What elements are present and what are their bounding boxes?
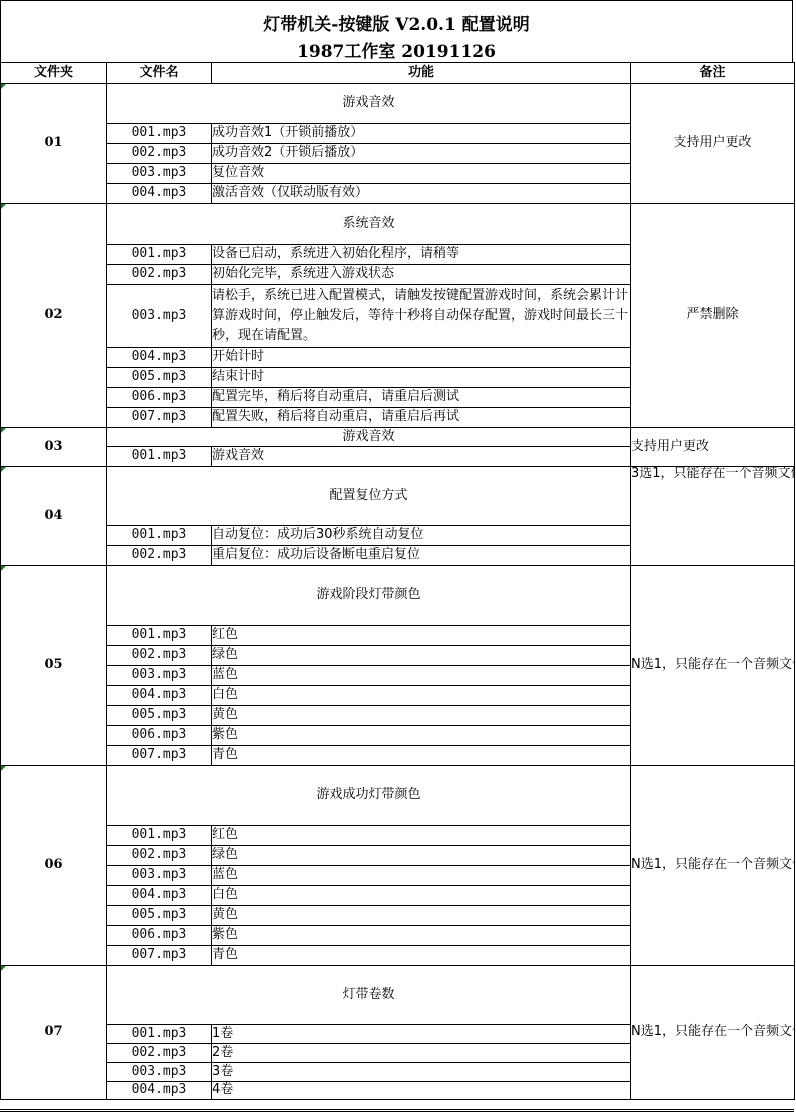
folder-label: 01 [44,135,62,150]
function-cell[interactable]: 3卷 [212,1063,631,1082]
comment-marker-icon [1,84,6,89]
section-header-row: 01游戏音效支持用户更改 [1,84,795,124]
folder-cell[interactable]: 02 [1,204,107,428]
comment-marker-icon [1,766,6,771]
filename-cell[interactable]: 005.mp3 [107,906,212,926]
spreadsheet: 灯带机关-按键版 V2.0.1 配置说明 1987工作室 20191126 文件… [0,0,796,1113]
function-cell[interactable]: 紫色 [212,926,631,946]
filename-cell[interactable]: 001.mp3 [107,826,212,846]
function-cell[interactable]: 成功音效1（开锁前播放） [212,124,631,144]
document-subtitle: 1987工作室 20191126 [1,37,792,62]
section-title-cell[interactable]: 系统音效 [107,204,631,245]
section-title-cell[interactable]: 游戏阶段灯带颜色 [107,566,631,626]
folder-cell[interactable]: 03 [1,428,107,467]
filename-cell[interactable]: 004.mp3 [107,348,212,368]
section-header-row: 05游戏阶段灯带颜色N选1，只能存在一个音频文件，如希望游戏阶段的灯带颜色为青色… [1,566,795,626]
filename-cell[interactable]: 002.mp3 [107,265,212,285]
filename-cell[interactable]: 004.mp3 [107,686,212,706]
column-header-function[interactable]: 功能 [212,63,631,84]
function-cell[interactable]: 青色 [212,946,631,966]
notes-text: 3选1，只能存在一个音频文件，如希望的复位方式是重启复位，那么把该文件夹下的音频… [631,467,794,565]
filename-cell[interactable]: 004.mp3 [107,1082,212,1100]
config-table: 文件夹 文件名 功能 备注 01游戏音效支持用户更改001.mp3成功音效1（开… [0,62,795,1100]
notes-cell[interactable]: 3选1，只能存在一个音频文件，如希望的复位方式是重启复位，那么把该文件夹下的音频… [631,467,795,566]
function-cell[interactable]: 白色 [212,886,631,906]
header-row: 文件夹 文件名 功能 备注 [1,63,795,84]
filename-cell[interactable]: 003.mp3 [107,666,212,686]
folder-cell[interactable]: 01 [1,84,107,204]
filename-cell[interactable]: 005.mp3 [107,706,212,726]
section-title-cell[interactable]: 游戏成功灯带颜色 [107,766,631,826]
filename-cell[interactable]: 002.mp3 [107,1044,212,1063]
filename-cell[interactable]: 006.mp3 [107,926,212,946]
function-cell[interactable]: 4卷 [212,1082,631,1100]
function-cell[interactable]: 请松手，系统已进入配置模式，请触发按键配置游戏时间，系统会累计计算游戏时间，停止… [212,285,631,348]
filename-cell[interactable]: 001.mp3 [107,447,212,467]
filename-cell[interactable]: 002.mp3 [107,144,212,164]
document-title: 灯带机关-按键版 V2.0.1 配置说明 [1,10,792,35]
notes-cell[interactable]: N选1，只能存在一个音频文件，如希望灯带卷数为2卷，那么把该文件夹下的音频名改成… [631,966,795,1100]
function-cell[interactable]: 结束计时 [212,368,631,388]
filename-cell[interactable]: 001.mp3 [107,1025,212,1044]
comment-marker-icon [1,428,6,433]
folder-label: 02 [44,307,62,322]
section-title-cell[interactable]: 配置复位方式 [107,467,631,526]
section-header-row: 07灯带卷数N选1，只能存在一个音频文件，如希望灯带卷数为2卷，那么把该文件夹下… [1,966,795,1025]
function-cell[interactable]: 游戏音效 [212,447,631,467]
column-header-folder[interactable]: 文件夹 [1,63,107,84]
section-header-row: 02系统音效严禁删除 [1,204,795,245]
filename-cell[interactable]: 007.mp3 [107,408,212,428]
function-cell[interactable]: 复位音效 [212,164,631,184]
function-cell[interactable]: 黄色 [212,706,631,726]
section-title-cell[interactable]: 灯带卷数 [107,966,631,1025]
filename-cell[interactable]: 005.mp3 [107,368,212,388]
filename-cell[interactable]: 003.mp3 [107,1063,212,1082]
table-bottom-border [0,1109,794,1112]
function-cell[interactable]: 2卷 [212,1044,631,1063]
filename-cell[interactable]: 001.mp3 [107,526,212,546]
function-cell[interactable]: 红色 [212,626,631,646]
folder-label: 05 [44,657,62,672]
notes-cell[interactable]: 支持用户更改 [631,84,795,204]
filename-cell[interactable]: 007.mp3 [107,946,212,966]
function-cell[interactable]: 重启复位：成功后设备断电重启复位 [212,546,631,566]
filename-cell[interactable]: 003.mp3 [107,866,212,886]
column-header-filename[interactable]: 文件名 [107,63,212,84]
function-cell[interactable]: 青色 [212,746,631,766]
function-cell[interactable]: 绿色 [212,646,631,666]
function-cell[interactable]: 红色 [212,826,631,846]
function-cell[interactable]: 初始化完毕，系统进入游戏状态 [212,265,631,285]
function-cell[interactable]: 激活音效（仅联动版有效） [212,184,631,204]
folder-cell[interactable]: 05 [1,566,107,766]
comment-marker-icon [1,467,6,472]
function-cell[interactable]: 配置失败，稍后将自动重启，请重启后再试 [212,408,631,428]
function-cell[interactable]: 自动复位：成功后30秒系统自动复位 [212,526,631,546]
folder-cell[interactable]: 07 [1,966,107,1100]
function-cell[interactable]: 黄色 [212,906,631,926]
comment-marker-icon [1,966,6,971]
filename-cell[interactable]: 004.mp3 [107,184,212,204]
function-cell[interactable]: 设备已启动，系统进入初始化程序，请稍等 [212,245,631,265]
section-header-row: 06游戏成功灯带颜色N选1，只能存在一个音频文件，如希望游戏成功的灯带颜色为绿色… [1,766,795,826]
folder-cell[interactable]: 04 [1,467,107,566]
notes-cell[interactable]: 支持用户更改 [631,428,795,467]
column-header-notes[interactable]: 备注 [631,63,795,84]
filename-cell[interactable]: 007.mp3 [107,746,212,766]
filename-cell[interactable]: 006.mp3 [107,388,212,408]
comment-marker-icon [1,204,6,209]
function-cell[interactable]: 紫色 [212,726,631,746]
filename-cell[interactable]: 001.mp3 [107,124,212,144]
filename-cell[interactable]: 001.mp3 [107,626,212,646]
notes-cell[interactable]: N选1，只能存在一个音频文件，如希望游戏成功的灯带颜色为绿色，那么把该文件夹下的… [631,766,795,966]
section-title-cell[interactable]: 游戏音效 [107,428,631,447]
folder-label: 06 [44,857,62,872]
folder-label: 07 [44,1024,62,1039]
function-cell[interactable]: 开始计时 [212,348,631,368]
filename-cell[interactable]: 002.mp3 [107,646,212,666]
section-title-cell[interactable]: 游戏音效 [107,84,631,124]
function-cell[interactable]: 成功音效2（开锁后播放） [212,144,631,164]
filename-cell[interactable]: 003.mp3 [107,164,212,184]
filename-cell[interactable]: 002.mp3 [107,546,212,566]
comment-marker-icon [1,566,6,571]
function-cell[interactable]: 配置完毕，稍后将自动重启，请重启后测试 [212,388,631,408]
folder-cell[interactable]: 06 [1,766,107,966]
filename-cell[interactable]: 006.mp3 [107,726,212,746]
filename-cell[interactable]: 002.mp3 [107,846,212,866]
function-cell[interactable]: 蓝色 [212,666,631,686]
folder-label: 04 [44,508,62,523]
function-cell[interactable]: 1卷 [212,1025,631,1044]
filename-cell[interactable]: 004.mp3 [107,886,212,906]
filename-cell[interactable]: 003.mp3 [107,285,212,348]
section-header-row: 04配置复位方式3选1，只能存在一个音频文件，如希望的复位方式是重启复位，那么把… [1,467,795,526]
filename-cell[interactable]: 001.mp3 [107,245,212,265]
title-block: 灯带机关-按键版 V2.0.1 配置说明 1987工作室 20191126 [0,0,793,62]
notes-cell[interactable]: N选1，只能存在一个音频文件，如希望游戏阶段的灯带颜色为青色，那么把该文件夹下的… [631,566,795,766]
function-cell[interactable]: 白色 [212,686,631,706]
function-cell[interactable]: 绿色 [212,846,631,866]
section-header-row: 03游戏音效支持用户更改 [1,428,795,447]
function-cell[interactable]: 蓝色 [212,866,631,886]
folder-label: 03 [44,439,62,454]
notes-cell[interactable]: 严禁删除 [631,204,795,428]
